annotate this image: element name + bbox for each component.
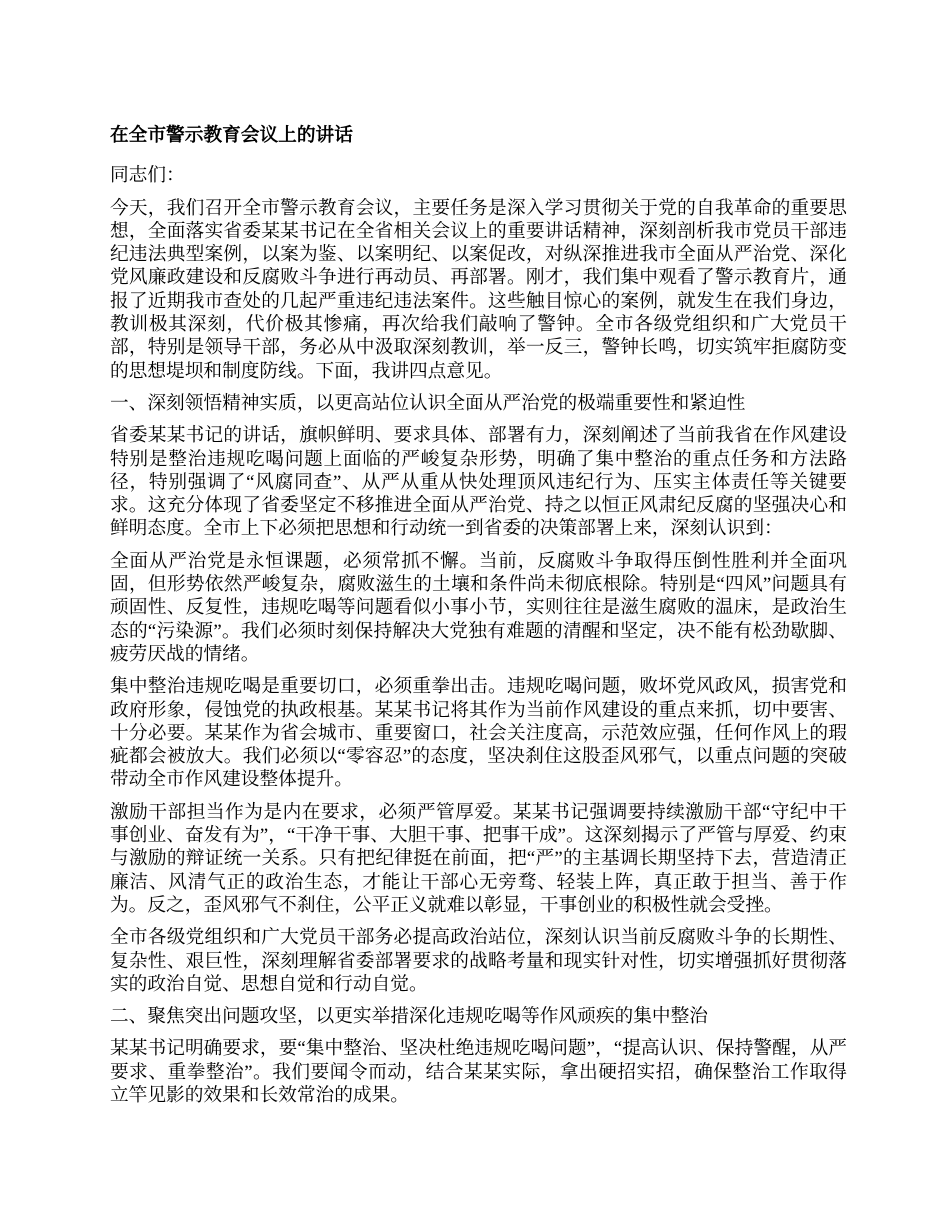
salutation: 同志们：: [110, 164, 847, 187]
section2-paragraph-1: 某某书记明确要求，要“集中整治、坚决杜绝违规吃喝问题”，“提高认识、保持警醒，从…: [110, 1037, 847, 1107]
document-title: 在全市警示教育会议上的讲话: [110, 124, 847, 147]
section1-paragraph-1: 省委某某书记的讲话，旗帜鲜明、要求具体、部署有力，深刻阐述了当前我省在作风建设特…: [110, 424, 847, 540]
section1-paragraph-4: 激励干部担当作为是内在要求，必须严管厚爱。某某书记强调要持续激励干部“守纪中干事…: [110, 801, 847, 917]
section1-paragraph-2: 全面从严治党是永恒课题，必须常抓不懈。当前，反腐败斗争取得压倒性胜利并全面巩固，…: [110, 550, 847, 666]
document-body: 在全市警示教育会议上的讲话 同志们： 今天，我们召开全市警示教育会议，主要任务是…: [110, 124, 847, 1116]
section-heading-1: 一、深刻领悟精神实质，以更高站位认识全面从严治党的极端重要性和紧迫性: [110, 392, 847, 415]
intro-paragraph: 今天，我们召开全市警示教育会议，主要任务是深入学习贯彻关于党的自我革命的重要思想…: [110, 197, 847, 383]
section1-paragraph-3: 集中整治违规吃喝是重要切口，必须重拳出击。违规吃喝问题，败坏党风政风，损害党和政…: [110, 675, 847, 791]
section-heading-2: 二、聚焦突出问题攻坚，以更实举措深化违规吃喝等作风顽疾的集中整治: [110, 1005, 847, 1028]
section1-paragraph-5: 全市各级党组织和广大党员干部务必提高政治站位，深刻认识当前反腐败斗争的长期性、复…: [110, 926, 847, 996]
